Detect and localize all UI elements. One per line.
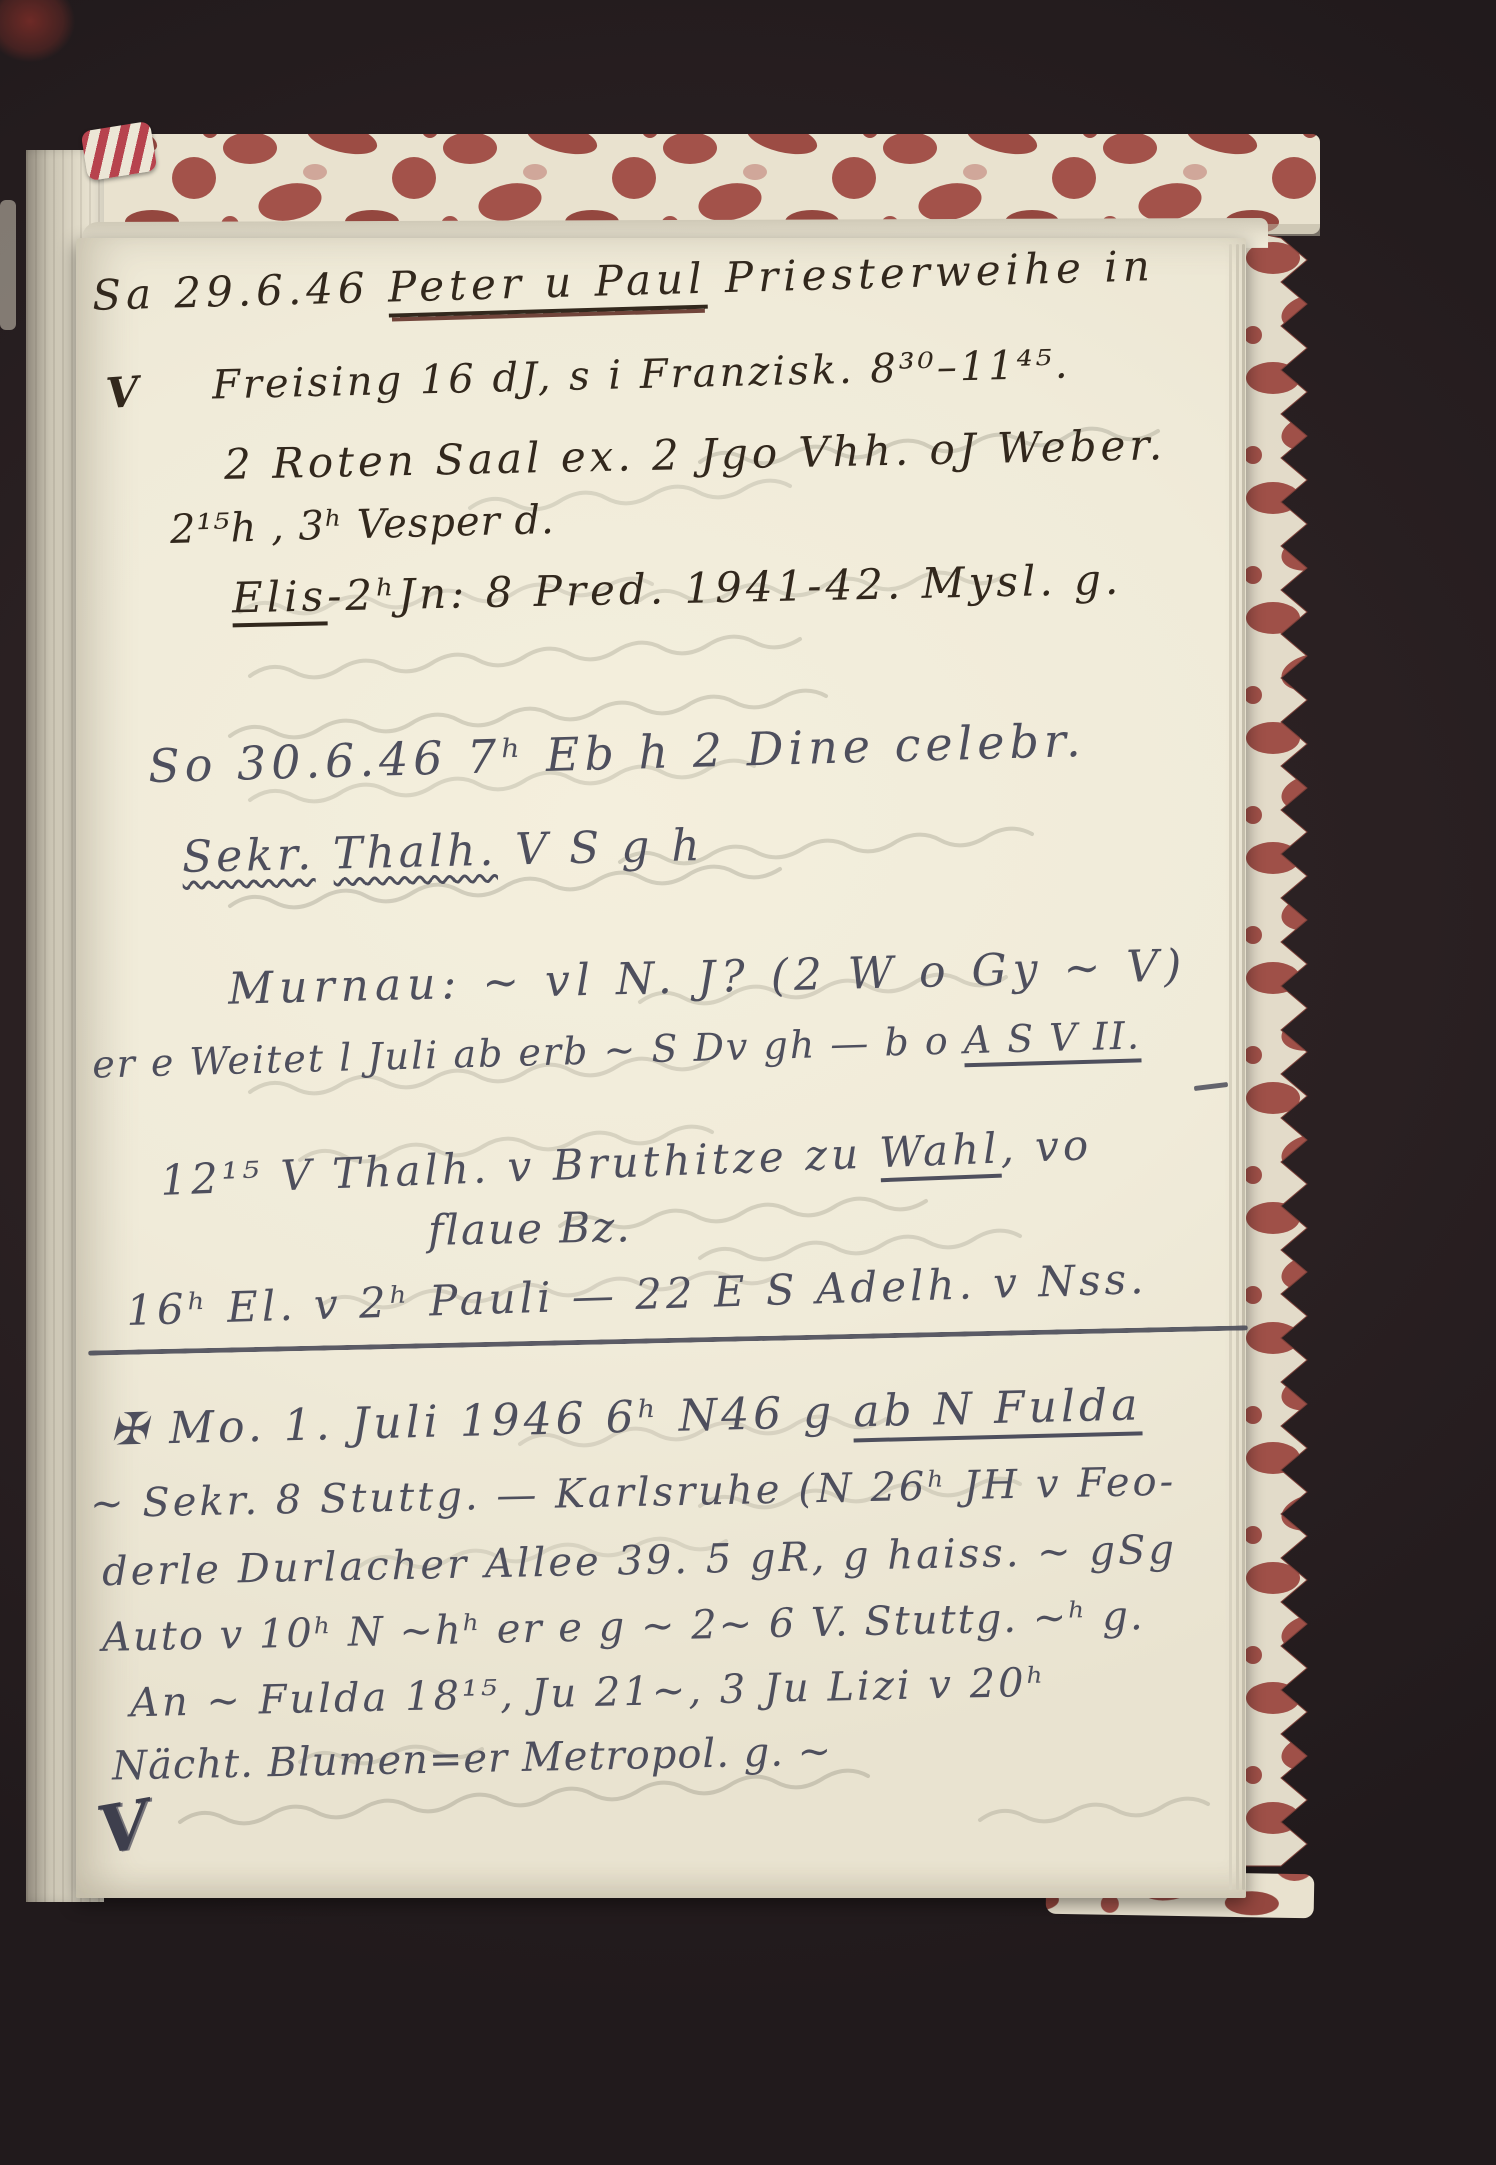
line-text: , vo xyxy=(999,1120,1093,1172)
underlined-text: A S V II. xyxy=(963,1013,1142,1067)
underlined-text: Sekr. xyxy=(181,829,315,883)
line-text: flaue Bz. xyxy=(428,1202,632,1255)
underlined-text: Elis xyxy=(232,571,328,627)
entry-line: flaue Bz. xyxy=(428,1202,632,1255)
underlined-text: Wahl xyxy=(878,1124,1001,1183)
diary-page-photo: Sa 29.6.46 Peter u Paul Priesterweihe in… xyxy=(0,0,1496,2165)
checkmark-top-margin: V xyxy=(104,367,140,418)
underlined-text: Thalh. xyxy=(332,825,497,880)
line-text: V S g h xyxy=(497,820,704,876)
line-text: Sa 29.6.46 xyxy=(92,263,389,320)
underlined-text: Peter u Paul xyxy=(387,254,707,318)
underlined-text: ab N Fulda xyxy=(853,1379,1143,1442)
line-text xyxy=(314,828,333,879)
